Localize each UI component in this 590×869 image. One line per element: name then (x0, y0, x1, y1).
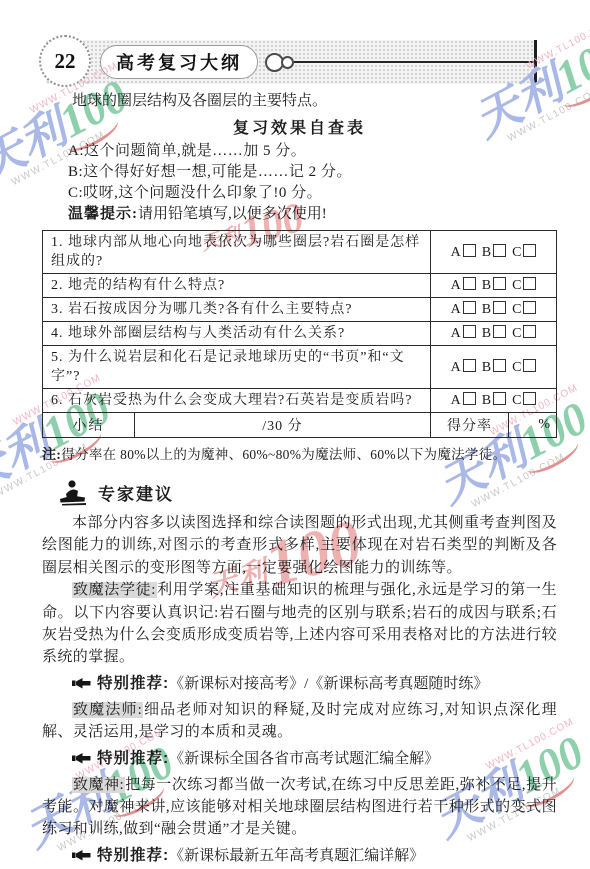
question-cell: 4. 地球外部圈层结构与人类活动有什么关系? (43, 322, 431, 346)
answer-option-a: A (451, 393, 476, 408)
pointing-hand-icon (72, 752, 91, 764)
pointing-hand-icon (72, 677, 91, 689)
table-row: 4. 地球外部圈层结构与人类活动有什么关系? ABC (43, 322, 557, 346)
header-bullet-small (281, 56, 294, 69)
tip-line: 温馨提示:请用铅笔填写,以便多次使用! (68, 204, 557, 225)
summary-row: 小结 /30 分 得分率 % (43, 413, 557, 438)
table-row: 2. 地壳的结构有什么特点? ABC (43, 274, 557, 298)
answer-option-c: C (512, 393, 536, 408)
apprentice-label: 致魔法学徒: (72, 582, 157, 598)
answer-option-a: A (451, 278, 476, 293)
question-cell: 2. 地壳的结构有什么特点? (43, 274, 431, 298)
table-row: 3. 岩石按成因分为哪几类?各有什么主要特点? ABC (43, 298, 557, 322)
answer-checkbox[interactable] (463, 244, 476, 257)
answer-checkbox[interactable] (493, 301, 506, 314)
summary-score: /30 分 (135, 413, 431, 438)
answer-checkbox[interactable] (463, 359, 476, 372)
answer-checkbox[interactable] (463, 277, 476, 290)
answer-checkbox[interactable] (493, 359, 506, 372)
header-band: 22 高考复习大纲 (46, 40, 535, 84)
demon-god-label: 致魔神: (72, 777, 125, 793)
answer-checkbox[interactable] (493, 244, 506, 257)
option-a-description: A:这个问题简单,就是……加 5 分。 (68, 141, 557, 162)
watermark-swoosh (557, 67, 590, 113)
answer-option-a: A (451, 245, 476, 260)
chapter-title: 高考复习大纲 (100, 45, 258, 79)
advice-paragraph: 致魔神:把每一次练习都当做一次考试,在练习中反思差距,弥补不足,提升考能。对魔神… (42, 774, 557, 841)
answer-checkbox[interactable] (493, 392, 506, 405)
summary-rate-unit: % (509, 413, 557, 438)
recommend-line: 特别推荐:《新课标最新五年高考真题汇编详解》 (42, 845, 557, 867)
answer-option-c: C (512, 278, 536, 293)
recommend-books: 《新课标对接高考》/《新课标高考真题随时练》 (169, 676, 488, 692)
answer-option-c: C (512, 360, 536, 375)
option-b-description: B:这个得好好想一想,可能是……记 2 分。 (68, 162, 557, 183)
answer-checkbox[interactable] (523, 244, 536, 257)
expert-advice-heading: 专家建议 (56, 479, 557, 506)
self-check-table: 1. 地球内部从地心向地表依次为哪些圈层?岩石圈是怎样组成的? ABC 2. 地… (42, 230, 557, 438)
option-c-description: C:哎呀,这个问题没什么印象了!0 分。 (68, 183, 557, 204)
answer-option-b: B (482, 302, 506, 317)
answer-cell: ABC (431, 298, 557, 322)
recommend-line: 特别推荐:《新课标对接高考》/《新课标高考真题随时练》 (42, 673, 557, 695)
recommend-books: 《新课标全国各省市高考试题汇编全解》 (169, 751, 439, 767)
question-cell: 3. 岩石按成因分为哪几类?各有什么主要特点? (43, 298, 431, 322)
header-rule-line (294, 61, 535, 63)
note-label: 注: (42, 448, 61, 463)
answer-checkbox[interactable] (523, 392, 536, 405)
answer-option-c: C (512, 326, 536, 341)
question-cell: 1. 地球内部从地心向地表依次为哪些圈层?岩石圈是怎样组成的? (43, 231, 431, 274)
table-row: 6. 石灰岩受热为什么会变成大理岩?石英岩是变质岩吗? ABC (43, 389, 557, 413)
recommend-label: 特别推荐: (97, 750, 169, 767)
answer-checkbox[interactable] (523, 359, 536, 372)
answer-checkbox[interactable] (463, 301, 476, 314)
page-content: 地球的圈层结构及各圈层的主要特点。 复习效果自查表 A:这个问题简单,就是……加… (42, 90, 557, 869)
mage-label: 致魔法师: (72, 702, 143, 718)
scholar-reading-icon (56, 479, 90, 506)
answer-option-c: C (512, 245, 536, 260)
self-check-table-title: 复习效果自查表 (42, 115, 557, 138)
answer-checkbox[interactable] (463, 392, 476, 405)
answer-option-a: A (451, 326, 476, 341)
intro-text: 地球的圈层结构及各圈层的主要特点。 (42, 90, 557, 112)
answer-option-c: C (512, 302, 536, 317)
answer-option-b: B (482, 278, 506, 293)
recommend-books: 《新课标最新五年高考真题汇编详解》 (169, 848, 424, 864)
question-cell: 6. 石灰岩受热为什么会变成大理岩?石英岩是变质岩吗? (43, 389, 431, 413)
expert-advice-title: 专家建议 (98, 480, 174, 505)
answer-option-a: A (451, 360, 476, 375)
pointing-hand-icon (72, 849, 91, 861)
answer-option-b: B (482, 245, 506, 260)
advice-paragraph: 本部分内容多以读图选择和综合读图题的形式出现,尤其侧重考查判图及绘图能力的训练,… (42, 512, 557, 579)
advice-paragraph: 致魔法学徒:利用学案,注重基础知识的梳理与强化,永远是学习的第一生命。以下内容要… (42, 579, 557, 669)
scanned-textbook-page: WWW.TL100.COM 天利100 WWW.TL100.COM WWW.TL… (0, 0, 590, 869)
tip-text: 请用铅笔填写,以便多次使用! (138, 206, 327, 222)
page-number: 22 (55, 49, 76, 74)
recommend-label: 特别推荐: (97, 675, 169, 692)
answer-checkbox[interactable] (523, 277, 536, 290)
table-row: 5. 为什么说岩层和化石是记录地球历史的“书页”和“文字”? ABC (43, 346, 557, 389)
recommend-label: 特别推荐: (97, 847, 169, 864)
answer-option-b: B (482, 360, 506, 375)
summary-rate-label: 得分率 (431, 413, 509, 438)
tip-label: 温馨提示: (68, 206, 138, 222)
answer-option-a: A (451, 302, 476, 317)
answer-cell: ABC (431, 389, 557, 413)
table-row: 1. 地球内部从地心向地表依次为哪些圈层?岩石圈是怎样组成的? ABC (43, 231, 557, 274)
answer-checkbox[interactable] (493, 325, 506, 338)
answer-cell: ABC (431, 322, 557, 346)
answer-cell: ABC (431, 231, 557, 274)
note-line: 注:得分率在 80%以上的为魔神、60%~80%为魔法师、60%以下为魔法学徒。 (42, 445, 557, 466)
answer-checkbox[interactable] (523, 301, 536, 314)
answer-option-b: B (482, 326, 506, 341)
note-text: 得分率在 80%以上的为魔神、60%~80%为魔法师、60%以下为魔法学徒。 (61, 447, 506, 462)
answer-checkbox[interactable] (493, 277, 506, 290)
page-number-badge: 22 (39, 35, 91, 87)
advice-paragraph: 致魔法师:细品老师对知识的释疑,及时完成对应练习,对知识点深化理解、灵活运用,是… (42, 699, 557, 744)
answer-option-b: B (482, 393, 506, 408)
answer-checkbox[interactable] (463, 325, 476, 338)
summary-label: 小结 (43, 413, 135, 438)
answer-cell: ABC (431, 346, 557, 389)
answer-checkbox[interactable] (523, 325, 536, 338)
answer-cell: ABC (431, 274, 557, 298)
recommend-line: 特别推荐:《新课标全国各省市高考试题汇编全解》 (42, 748, 557, 770)
question-cell: 5. 为什么说岩层和化石是记录地球历史的“书页”和“文字”? (43, 346, 431, 389)
